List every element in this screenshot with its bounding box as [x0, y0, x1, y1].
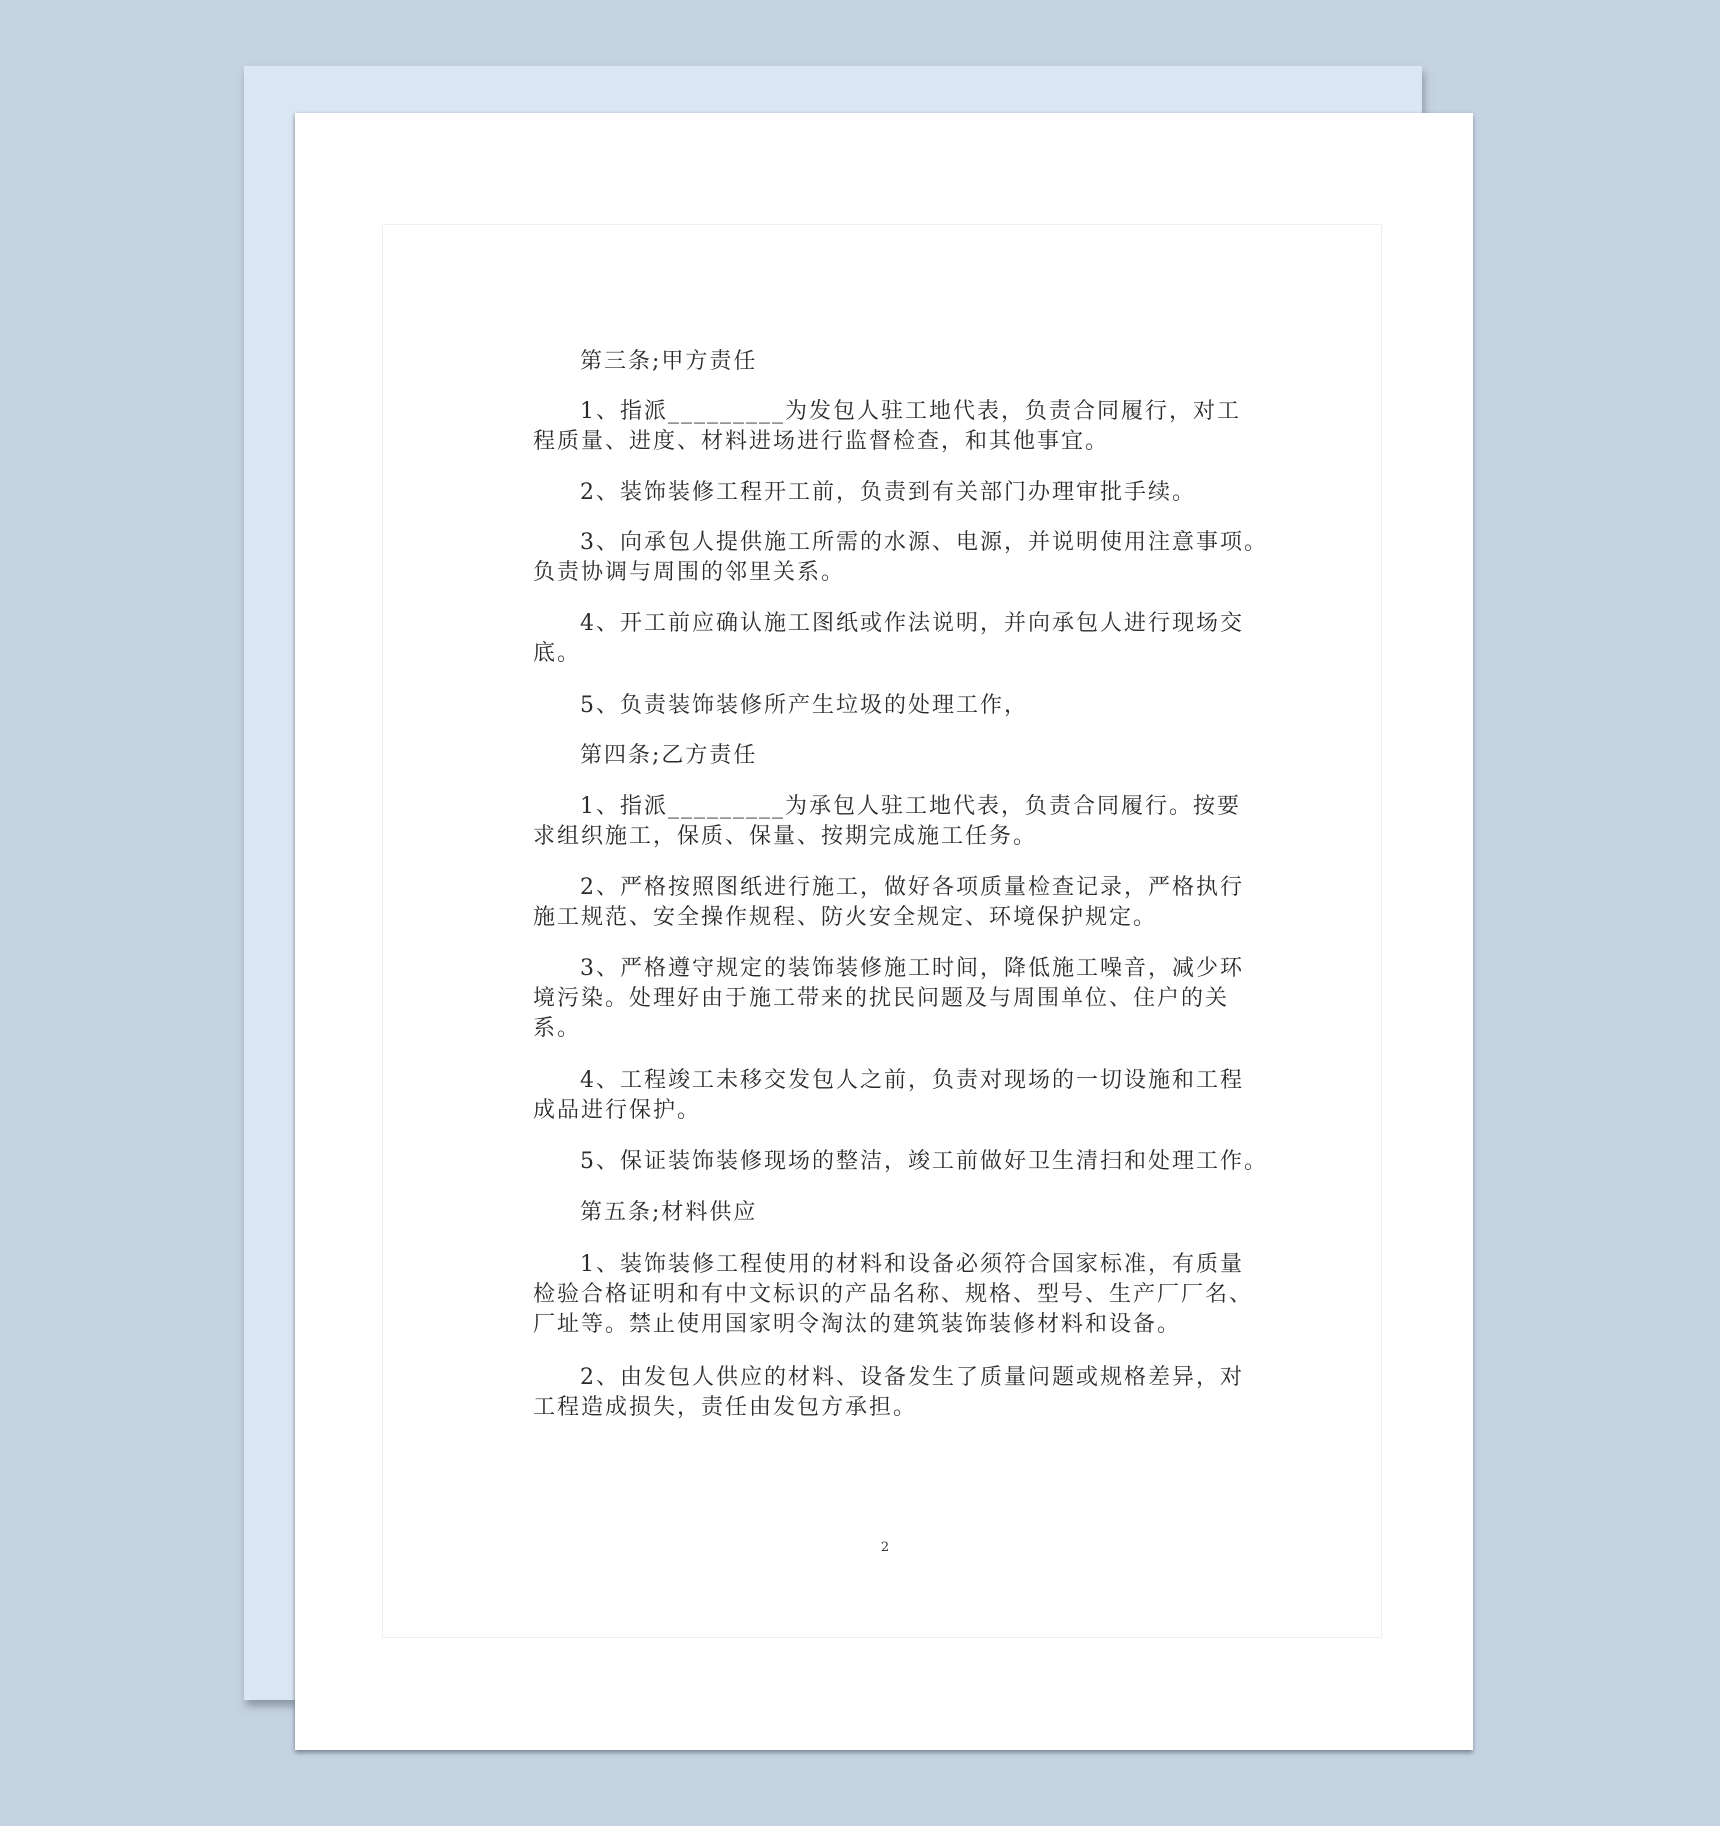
paragraph-line: 2、由发包人供应的材料、设备发生了质量问题或规格差异，对 [580, 1363, 1244, 1393]
paragraph-line: 3、向承包人提供施工所需的水源、电源，并说明使用注意事项。 [580, 528, 1268, 558]
paragraph-line: 成品进行保护。 [533, 1096, 701, 1126]
paragraph-line: 2、装饰装修工程开工前，负责到有关部门办理审批手续。 [580, 478, 1196, 508]
document-page: 第三条;甲方责任 1、指派_________为发包人驻工地代表，负责合同履行，对… [295, 113, 1473, 1750]
paragraph-line: 施工规范、安全操作规程、防火安全规定、环境保护规定。 [533, 903, 1157, 933]
paragraph-line: 1、指派_________为发包人驻工地代表，负责合同履行，对工 [580, 397, 1241, 427]
paragraph-line: 厂址等。禁止使用国家明令淘汰的建筑装饰装修材料和设备。 [533, 1310, 1181, 1340]
section-heading-3: 第三条;甲方责任 [580, 347, 757, 377]
paragraph-line: 程质量、进度、材料进场进行监督检查，和其他事宜。 [533, 427, 1109, 457]
paragraph-line: 工程造成损失，责任由发包方承担。 [533, 1393, 917, 1423]
paragraph-line: 检验合格证明和有中文标识的产品名称、规格、型号、生产厂厂名、 [533, 1280, 1253, 1310]
paragraph-line: 3、严格遵守规定的装饰装修施工时间，降低施工噪音，减少环 [580, 954, 1244, 984]
section-heading-5: 第五条;材料供应 [580, 1198, 757, 1228]
paragraph-line: 求组织施工，保质、保量、按期完成施工任务。 [533, 822, 1037, 852]
paragraph-line: 4、工程竣工未移交发包人之前，负责对现场的一切设施和工程 [580, 1066, 1244, 1096]
paragraph-line: 境污染。处理好由于施工带来的扰民问题及与周围单位、住户的关 [533, 984, 1229, 1014]
paragraph-line: 2、严格按照图纸进行施工，做好各项质量检查记录，严格执行 [580, 873, 1244, 903]
paragraph-line: 1、装饰装修工程使用的材料和设备必须符合国家标准，有质量 [580, 1250, 1244, 1280]
page-number: 2 [875, 1538, 895, 1558]
paragraph-line: 4、开工前应确认施工图纸或作法说明，并向承包人进行现场交 [580, 609, 1244, 639]
paragraph-line: 5、保证装饰装修现场的整洁，竣工前做好卫生清扫和处理工作。 [580, 1147, 1268, 1177]
paragraph-line: 底。 [533, 639, 581, 669]
paragraph-line: 系。 [533, 1014, 581, 1044]
section-heading-4: 第四条;乙方责任 [580, 741, 757, 771]
paragraph-line: 1、指派_________为承包人驻工地代表，负责合同履行。按要 [580, 792, 1241, 822]
paragraph-line: 负责协调与周围的邻里关系。 [533, 558, 845, 588]
paragraph-line: 5、负责装饰装修所产生垃圾的处理工作， [580, 691, 1028, 721]
